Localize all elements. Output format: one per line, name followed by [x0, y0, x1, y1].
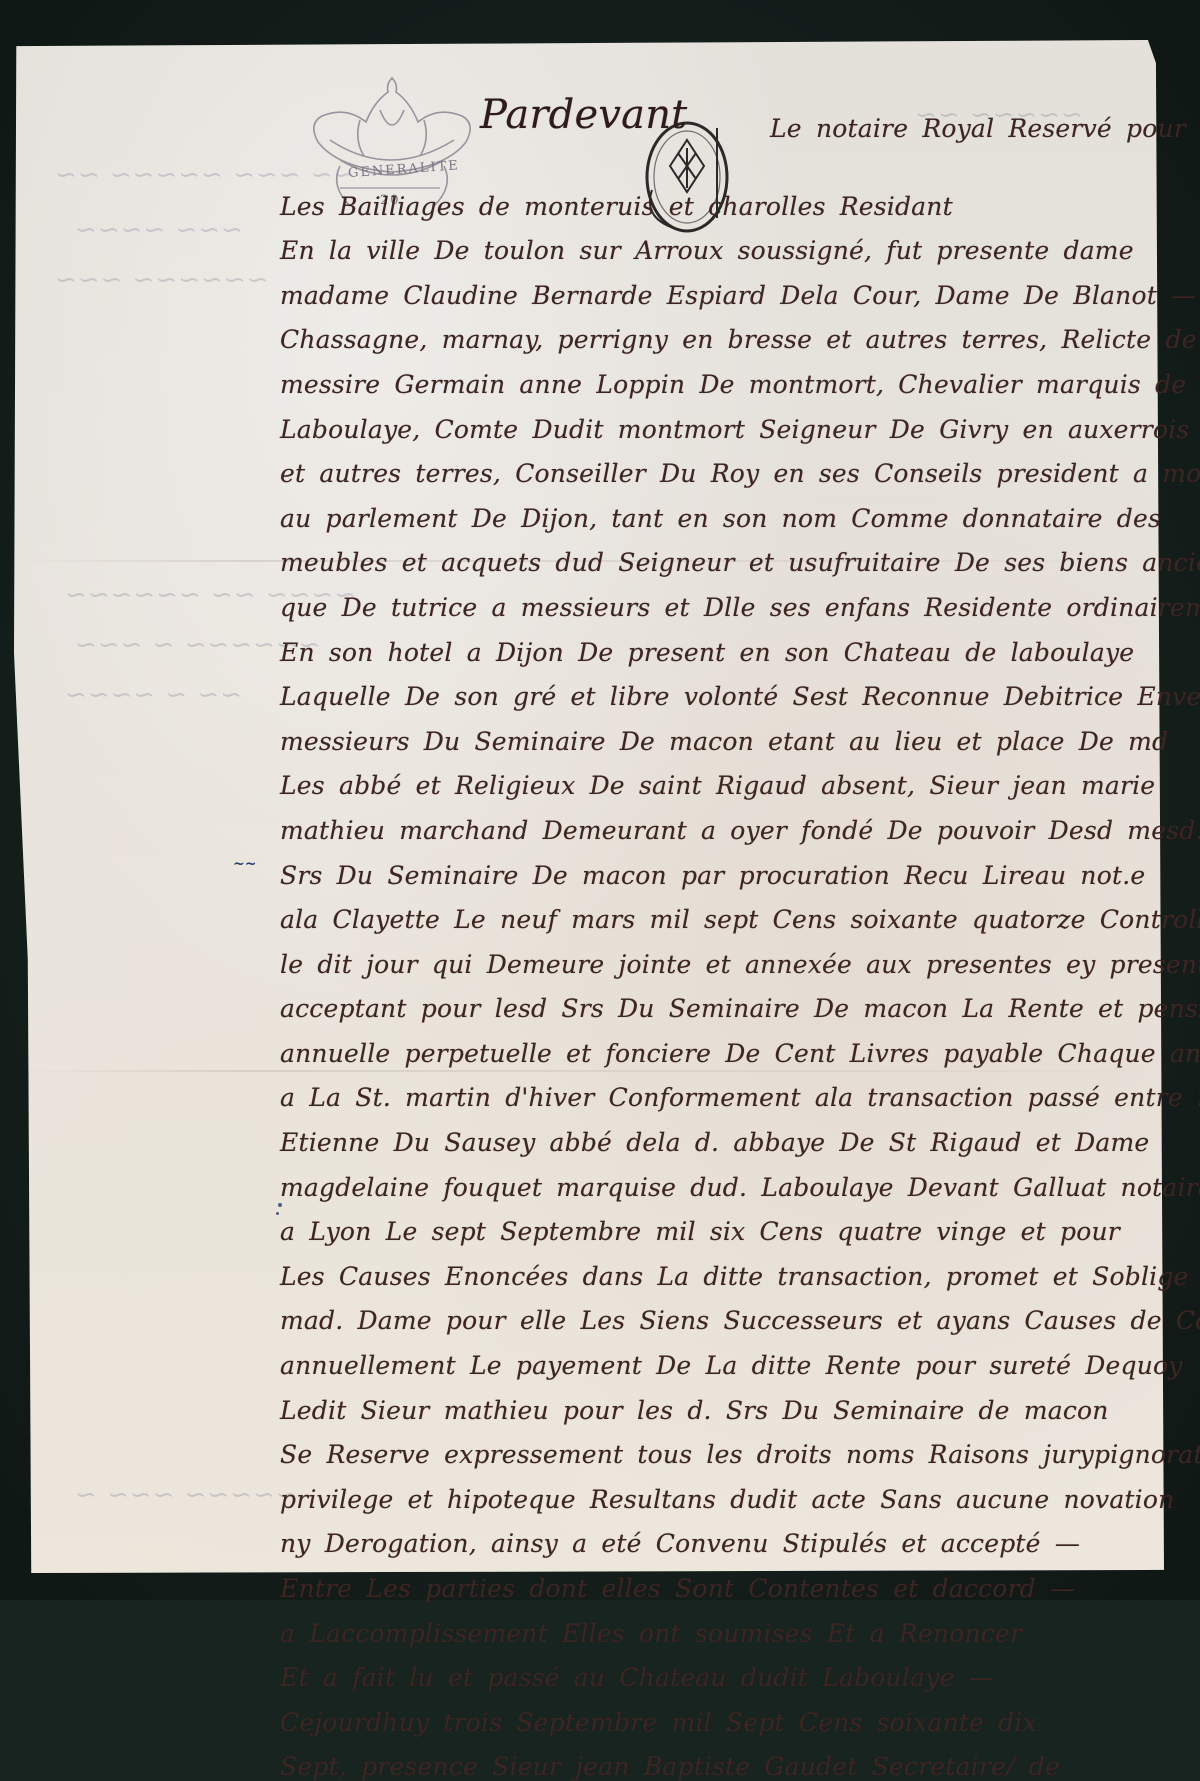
- text-line: mathieu marchand Demeurant a oyer fondé …: [280, 800, 1160, 845]
- heading-rest: Le notaire Royal Reservé pour: [770, 114, 1160, 143]
- text-line: Les Causes Enoncées dans La ditte transa…: [280, 1246, 1160, 1291]
- text-line: madame Claudine Bernarde Espiard Dela Co…: [280, 265, 1160, 310]
- text-line: acceptant pour lesd Srs Du Seminaire De …: [280, 979, 1160, 1024]
- text-line: mad. Dame pour elle Les Siens Successeur…: [280, 1291, 1160, 1336]
- text-line: a La St. martin d'hiver Conformement ala…: [280, 1068, 1160, 1113]
- heading-initial: Pardevant: [480, 92, 687, 138]
- text-line: que De tutrice a messieurs et Dlle ses e…: [280, 577, 1160, 622]
- text-line: Ledit Sieur mathieu pour les d. Srs Du S…: [280, 1380, 1160, 1425]
- text-line: annuelle perpetuelle et fonciere De Cent…: [280, 1023, 1160, 1068]
- text-line: a Lyon Le sept Septembre mil six Cens qu…: [280, 1202, 1160, 1247]
- text-line: Les abbé et Religieux De saint Rigaud ab…: [280, 756, 1160, 801]
- text-line: au parlement De Dijon, tant en son nom C…: [280, 488, 1160, 533]
- text-line: Entre Les parties dont elles Sont Conten…: [280, 1558, 1160, 1600]
- manuscript-text: Pardevant Le notaire Royal Reservé pour …: [280, 128, 1160, 1600]
- bleed-through-text: ~~~ ~~~~: [74, 215, 243, 245]
- text-line: Chassagne, marnay, perrigny en bresse et…: [280, 310, 1160, 355]
- bleed-through-text: ~~ ~ ~~~~: [64, 680, 242, 710]
- text-line: Srs Du Seminaire De macon par procuratio…: [280, 845, 1160, 890]
- text-line: Etienne Du Sausey abbé dela d. abbaye De…: [280, 1112, 1160, 1157]
- ink-spot: [276, 1212, 279, 1215]
- heading-line: Pardevant Le notaire Royal Reservé pour: [280, 128, 1160, 176]
- text-line: meubles et acquets dud Seigneur et usufr…: [280, 533, 1160, 578]
- bleed-through-text: ~~~~~~ ~~~: [54, 265, 268, 295]
- text-line: messieurs Du Seminaire De macon etant au…: [280, 711, 1160, 756]
- margin-ink-mark: ~~: [233, 860, 273, 868]
- text-line: et autres terres, Conseiller Du Roy en s…: [280, 444, 1160, 489]
- text-line: privilege et hipoteque Resultans dudit a…: [280, 1469, 1160, 1514]
- text-line: magdelaine fouquet marquise dud. Laboula…: [280, 1157, 1160, 1202]
- ink-spot: [278, 1203, 282, 1207]
- text-line: ny Derogation, ainsy a eté Convenu Stipu…: [280, 1514, 1160, 1559]
- text-line: annuellement Le payement De La ditte Ren…: [280, 1335, 1160, 1380]
- text-line: messire Germain anne Loppin De montmort,…: [280, 354, 1160, 399]
- text-line: Se Reserve expressement tous les droits …: [280, 1425, 1160, 1470]
- text-line: En la ville De toulon sur Arroux soussig…: [280, 221, 1160, 266]
- text-line: ala Clayette Le neuf mars mil sept Cens …: [280, 890, 1160, 935]
- text-line: Les Bailliages de monteruis et charolles…: [280, 176, 1160, 221]
- text-line: le dit jour qui Demeure jointe et annexé…: [280, 934, 1160, 979]
- text-line: Laquelle De son gré et libre volonté Ses…: [280, 667, 1160, 712]
- bleed-through-text: ~~~~~ ~~~ ~: [74, 1480, 298, 1510]
- text-line: Laboulaye, Comte Dudit montmort Seigneur…: [280, 399, 1160, 444]
- text-line: En son hotel a Dijon De present en son C…: [280, 622, 1160, 667]
